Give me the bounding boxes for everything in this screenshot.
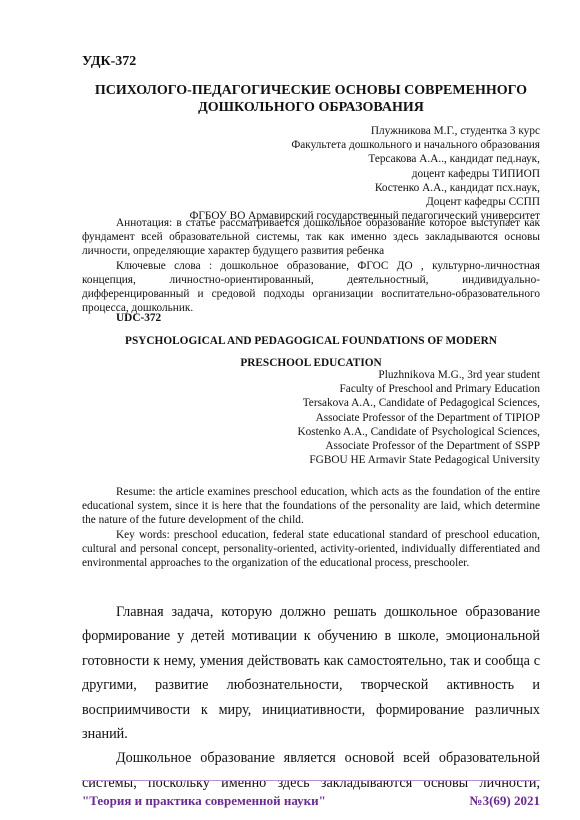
abstract-ru: Аннотация: в статье рассматривается дошк… (82, 216, 540, 315)
body-paragraph: Главная задача, которую должно решать до… (82, 600, 540, 746)
author-line: Доцент кафедры ССПП (189, 195, 540, 209)
author-line: Плужникова М.Г., студентка 3 курс (189, 124, 540, 138)
title-line: ПСИХОЛОГО-ПЕДАГОГИЧЕСКИЕ ОСНОВЫ СОВРЕМЕН… (82, 82, 540, 99)
issue-number: №3(69) 2021 (470, 793, 540, 809)
article-title-ru: ПСИХОЛОГО-ПЕДАГОГИЧЕСКИЕ ОСНОВЫ СОВРЕМЕН… (82, 82, 540, 116)
author-line: Pluzhnikova M.G., 3rd year student (297, 368, 540, 382)
author-line: Kostenko A.A., Candidate of Psychologica… (297, 425, 540, 439)
udk-code: УДК-372 (82, 54, 136, 70)
title-line: PSYCHOLOGICAL AND PEDAGOGICAL FOUNDATION… (82, 330, 540, 352)
author-line: доцент кафедры ТИПИОП (189, 167, 540, 181)
keywords-ru: Ключевые слова : дошкольное образование,… (82, 259, 540, 316)
journal-name: "Теория и практика современной науки" (82, 793, 326, 809)
author-line: Associate Professor of the Department of… (297, 411, 540, 425)
abstract-en: Resume: the article examines preschool e… (82, 485, 540, 570)
keywords-en: Key words: preschool education, federal … (82, 528, 540, 571)
footer-divider (82, 780, 540, 781)
author-line: Faculty of Preschool and Primary Educati… (297, 382, 540, 396)
annotation-ru: Аннотация: в статье рассматривается дошк… (82, 216, 540, 259)
authors-block-ru: Плужникова М.Г., студентка 3 курс Факуль… (189, 124, 540, 223)
university-line: FGBOU HE Armavir State Pedagogical Unive… (297, 453, 540, 467)
resume-en: Resume: the article examines preschool e… (82, 485, 540, 528)
author-line: Факультета дошкольного и начального обра… (189, 138, 540, 152)
author-line: Терсакова А.А.., кандидат пед.наук, (189, 152, 540, 166)
authors-block-en: Pluzhnikova M.G., 3rd year student Facul… (297, 368, 540, 467)
title-line: ДОШКОЛЬНОГО ОБРАЗОВАНИЯ (82, 99, 540, 116)
article-body: Главная задача, которую должно решать до… (82, 600, 540, 795)
udc-code: UDC-372 (116, 312, 161, 324)
author-line: Tersakova A.A., Candidate of Pedagogical… (297, 396, 540, 410)
author-line: Associate Professor of the Department of… (297, 439, 540, 453)
body-paragraph: Дошкольное образование является основой … (82, 746, 540, 795)
author-line: Костенко А.А., кандидат псх.наук, (189, 181, 540, 195)
